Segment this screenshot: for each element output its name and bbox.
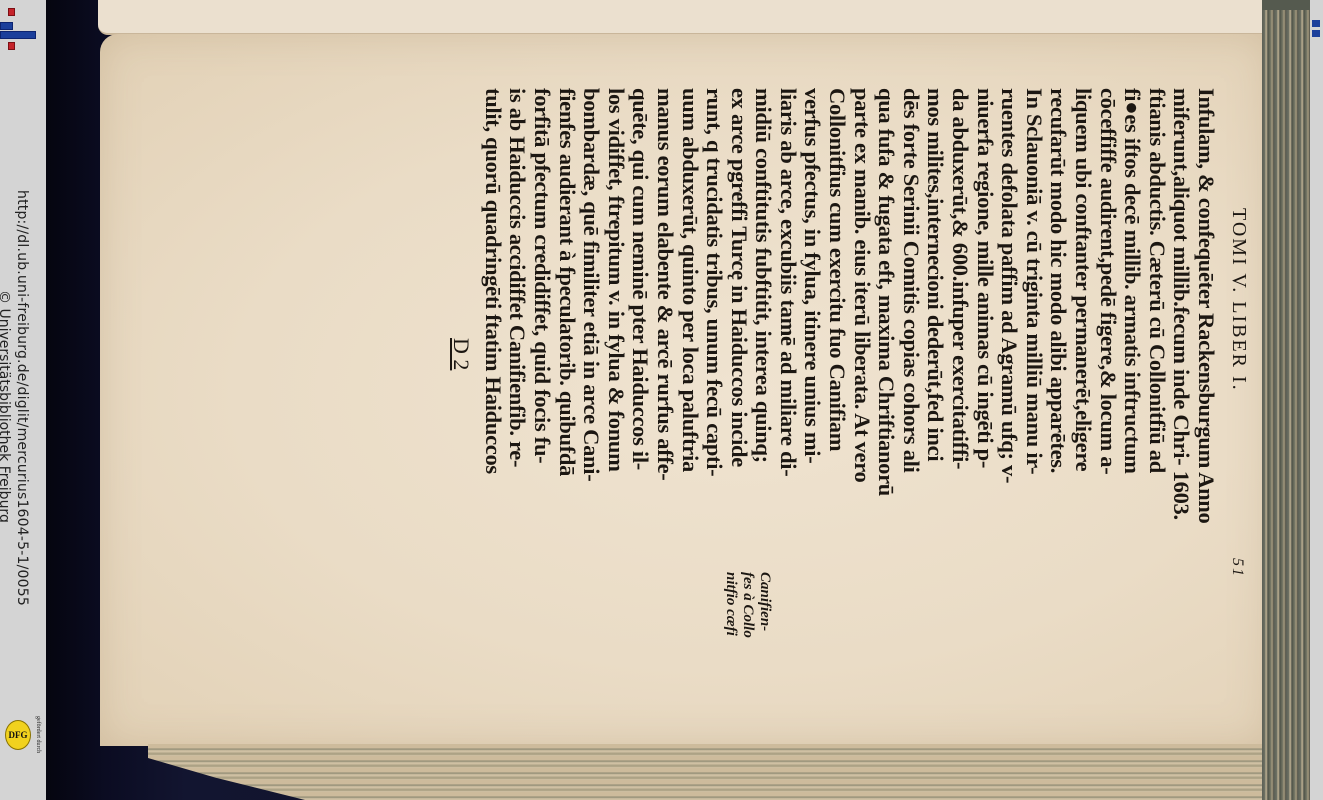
text-line: qua fufa & fugata eft, maxima Chriftiano…: [874, 88, 899, 608]
text-line: cōceffiffe audirent,pedē figere,& locum …: [1095, 88, 1120, 608]
text-line: ftianis abductis. Cæterū cū Collonitfiū …: [1144, 88, 1169, 608]
viewer-right-strip: [1310, 0, 1323, 800]
text-line: runt, q trucidatis tribus, unum fecū cap…: [702, 88, 727, 608]
text-line: bombardæ, quē fimiliter etiā in arce Can…: [579, 88, 604, 608]
copyright-notice: © Universitätsbibliothek Freiburg: [0, 290, 12, 523]
text-line: da abduxerūt,& 600.infuper exercitatiffi…: [947, 88, 972, 608]
text-line: manus eorum elabente & arcē rurfus affe-: [652, 88, 677, 608]
text-line: niuerfa regione, mille animas cū ingēti …: [972, 88, 997, 608]
text-line: los vidiffet, ftrepitum v. in fylua & fo…: [603, 88, 628, 608]
text-line: verfus pfectus, in fylua, itinere unius …: [800, 88, 825, 608]
text-line: Collonitfius cum exercitu fuo Canifiam: [825, 88, 850, 608]
margin-note-line: nitfio cæfi: [722, 572, 739, 638]
text-line: fi●es iftos decē millib. armatis inftruc…: [1120, 88, 1145, 608]
text-line: dēs forte Serinii Comitis copias cohors …: [898, 88, 923, 608]
page-block-edges: [148, 744, 1270, 800]
folio-number: 51: [1228, 558, 1246, 578]
text-line: midiū conftitutis fubftitit, interea qui…: [751, 88, 776, 608]
previous-page-edge: [98, 0, 1268, 35]
text-line: is ab Haiduccis accidiffet Canifienfib. …: [505, 88, 530, 608]
fore-edge-stack: [1262, 10, 1310, 800]
funded-by-label: gefördert durch: [35, 716, 41, 753]
text-line: forfitā pfectum credidiffet, quid focis …: [529, 88, 554, 608]
margin-note-line: Canifien-: [756, 572, 773, 638]
text-line: tulit, quorū quadringēti ftatim Haiducco…: [480, 88, 505, 608]
page-text-block: TOMI V. LIBER I. 51 Infulam, & confequēt…: [440, 88, 1252, 608]
text-line: liaris ab arce, excubiis tamē ad miliare…: [775, 88, 800, 608]
margin-note-line: fes à Collo: [739, 572, 756, 638]
text-line: miferunt,aliquot millib.fecum inde Chri-…: [1169, 88, 1194, 608]
text-line: ex arce pgreffi Turcę in Haiduccos incid…: [726, 88, 751, 608]
signature-label: D 2: [448, 338, 474, 370]
document-url[interactable]: http://dl.ub.uni-freiburg.de/diglit/merc…: [14, 190, 30, 606]
text-line: fienfes audierant à fpeculatorib. quibuf…: [554, 88, 579, 608]
funder-seal-icon: DFG: [5, 720, 31, 750]
text-line: In Sclauoniā v. cū triginta milliū manu …: [1021, 88, 1046, 608]
text-line: quēte, qui cum neminē pter Haiduccos il-: [628, 88, 653, 608]
signature-mark: D 2: [440, 88, 480, 608]
running-head-title: TOMI V. LIBER I.: [1227, 208, 1250, 392]
marginal-note: Canifien- fes à Collo nitfio cæfi: [722, 572, 773, 638]
text-line: parte ex manib. eius iterū liberata. At …: [849, 88, 874, 608]
text-line: Infulam, & confequēter Rackensburgum Ann…: [1193, 88, 1218, 608]
text-line: mos milites,internecioni dederūt,fed inc…: [923, 88, 948, 608]
text-line: ruentes defolata paffim ad Agramū ufq; v…: [997, 88, 1022, 608]
viewer-sidebar: http://dl.ub.uni-freiburg.de/diglit/merc…: [0, 0, 47, 800]
text-line: liquem ubi conftanter permanerēt,eligere: [1070, 88, 1095, 608]
text-line: recufarūt modo hic modo alibi apparētes.: [1046, 88, 1071, 608]
library-logo-icon: [0, 0, 40, 60]
running-head: TOMI V. LIBER I. 51: [1218, 88, 1252, 608]
text-line: uum abduxerūt, quinto per loca paluftria: [677, 88, 702, 608]
